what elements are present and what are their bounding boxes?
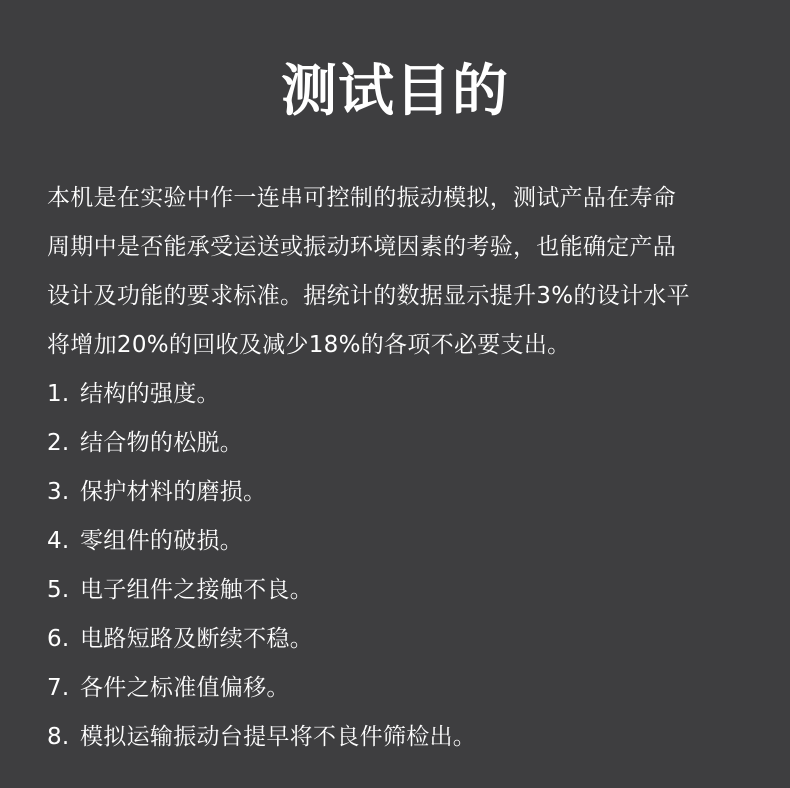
list-item-number: 5. bbox=[47, 566, 80, 615]
list-item-text: 模拟运输振动台提早将不良件筛检出。 bbox=[80, 724, 476, 750]
intro-line: 将增加20%的回收及减少18%的各项不必要支出。 bbox=[47, 321, 747, 370]
list-item: 6.电路短路及断续不稳。 bbox=[47, 615, 747, 664]
list-item: 5.电子组件之接触不良。 bbox=[47, 566, 747, 615]
intro-line: 周期中是否能承受运送或振动环境因素的考验，也能确定产品 bbox=[47, 223, 747, 272]
list-item-text: 结合物的松脱。 bbox=[80, 430, 243, 456]
list-item-text: 零组件的破损。 bbox=[80, 528, 243, 554]
list-item-number: 1. bbox=[47, 370, 80, 419]
list-item: 2.结合物的松脱。 bbox=[47, 419, 747, 468]
list-item-text: 保护材料的磨损。 bbox=[80, 479, 266, 505]
list-item: 3.保护材料的磨损。 bbox=[47, 468, 747, 517]
list-item: 8.模拟运输振动台提早将不良件筛检出。 bbox=[47, 713, 747, 762]
list-item-text: 电子组件之接触不良。 bbox=[80, 577, 313, 603]
list-item-text: 各件之标准值偏移。 bbox=[80, 675, 290, 701]
list-item-number: 4. bbox=[47, 517, 80, 566]
intro-line: 设计及功能的要求标准。据统计的数据显示提升3%的设计水平 bbox=[47, 272, 747, 321]
list-item-text: 结构的强度。 bbox=[80, 381, 220, 407]
list-item-text: 电路短路及断续不稳。 bbox=[80, 626, 313, 652]
list-item-number: 3. bbox=[47, 468, 80, 517]
test-purpose-list: 1.结构的强度。 2.结合物的松脱。 3.保护材料的磨损。 4.零组件的破损。 … bbox=[47, 370, 747, 762]
content-body: 本机是在实验中作一连串可控制的振动模拟，测试产品在寿命 周期中是否能承受运送或振… bbox=[47, 174, 747, 762]
list-item-number: 8. bbox=[47, 713, 80, 762]
intro-line: 本机是在实验中作一连串可控制的振动模拟，测试产品在寿命 bbox=[47, 174, 747, 223]
page-title: 测试目的 bbox=[0, 56, 790, 128]
intro-paragraph: 本机是在实验中作一连串可控制的振动模拟，测试产品在寿命 周期中是否能承受运送或振… bbox=[47, 174, 747, 370]
list-item-number: 7. bbox=[47, 664, 80, 713]
list-item: 4.零组件的破损。 bbox=[47, 517, 747, 566]
list-item: 1.结构的强度。 bbox=[47, 370, 747, 419]
list-item-number: 2. bbox=[47, 419, 80, 468]
list-item-number: 6. bbox=[47, 615, 80, 664]
list-item: 7.各件之标准值偏移。 bbox=[47, 664, 747, 713]
